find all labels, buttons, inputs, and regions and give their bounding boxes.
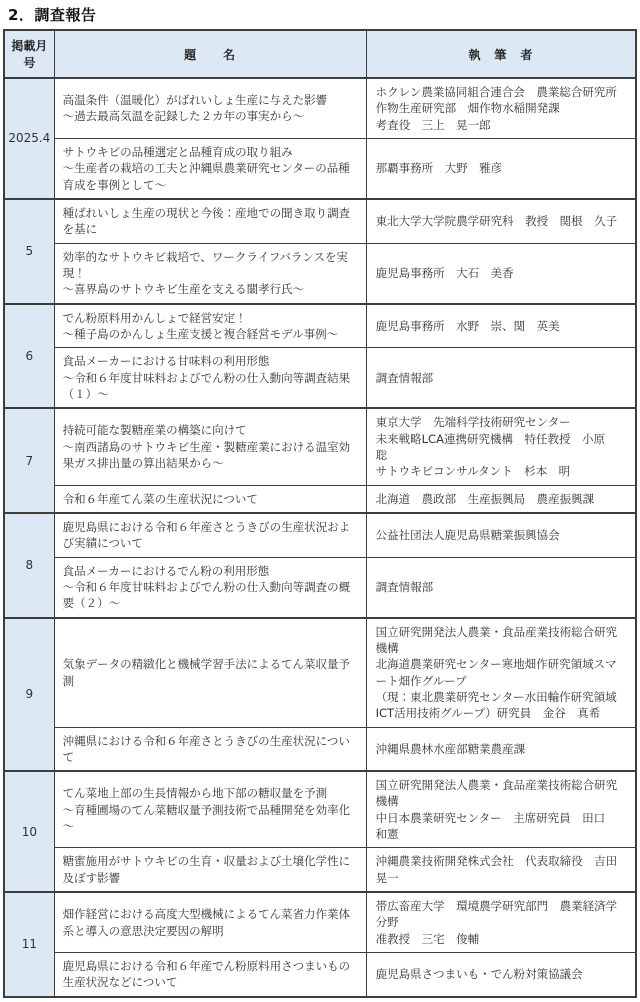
author-line: 中日本農業研究センター 主席研究員 田口 和憲 xyxy=(376,810,626,843)
author-cell: 沖縄農業技術開発株式会社 代表取締役 吉田 晃一 xyxy=(366,848,636,892)
header-row: 掲載月号 題 名 執 筆 者 xyxy=(4,30,636,78)
author-line: 北海道農業研究センター寒地畑作研究領域スマート畑作グループ xyxy=(376,656,626,689)
table-row: 2025.4高温条件（温暖化）がばれいしょ生産に与えた影響～過去最高気温を記録し… xyxy=(4,78,636,138)
title-cell: 鹿児島県における令和６年産さとうきびの生産状況および実績について xyxy=(54,513,366,557)
header-title: 題 名 xyxy=(54,30,366,78)
author-line: 鹿児島事務所 水野 崇、関 英美 xyxy=(376,318,626,334)
author-cell: 帯広畜産大学 環境農学研究部門 農業経済学分野准教授 三宅 俊輔 xyxy=(366,892,636,952)
report-table: 掲載月号 題 名 執 筆 者 2025.4高温条件（温暖化）がばれいしょ生産に与… xyxy=(3,29,637,998)
title-line: ～令和６年度甘味料およびでん粉の仕入動向等調査結果（１）～ xyxy=(63,370,358,403)
author-line: （現：東北農業研究センター水田輪作研究領域ICT活用技術グループ）研究員 金谷 … xyxy=(376,689,626,722)
title-line: 沖縄県における令和６年産さとうきびの生産状況について xyxy=(63,733,358,766)
author-line: 帯広畜産大学 環境農学研究部門 農業経済学分野 xyxy=(376,898,626,931)
author-line: サトウキビコンサルタント 杉本 明 xyxy=(376,463,626,479)
title-line: 持続可能な製糖産業の構築に向けて xyxy=(63,422,358,438)
title-cell: 気象データの精緻化と機械学習手法によるてん菜収量予測 xyxy=(54,618,366,727)
table-row: 沖縄県における令和６年産さとうきびの生産状況について沖縄県農林水産部糖業農産課 xyxy=(4,727,636,771)
title-line: ～南西諸島のサトウキビ生産・製糖産業における温室効果ガス排出量の算出結果から～ xyxy=(63,439,358,472)
title-cell: 食品メーカーにおけるでん粉の利用形態～令和６年度甘味料およびでん粉の仕入動向等調… xyxy=(54,557,366,617)
author-line: 准教授 三宅 俊輔 xyxy=(376,931,626,947)
author-line: 鹿児島県さつまいも・でん粉対策協議会 xyxy=(376,966,626,982)
title-line: ～種子島のかんしょ生産支援と複合経営モデル事例～ xyxy=(63,326,358,342)
author-line: 未来戦略LCA連携研究機構 特任教授 小原 聡 xyxy=(376,431,626,464)
title-line: 高温条件（温暖化）がばれいしょ生産に与えた影響 xyxy=(63,92,358,108)
title-cell: 種ばれいしょ生産の現状と今後：産地での聞き取り調査を基に xyxy=(54,199,366,243)
title-cell: でん粉原料用かんしょで経営安定！～種子島のかんしょ生産支援と複合経営モデル事例～ xyxy=(54,304,366,348)
author-line: ホクレン農業協同組合連合会 農業総合研究所 xyxy=(376,84,626,100)
title-line: ～過去最高気温を記録した２カ年の事実から～ xyxy=(63,108,358,124)
table-row: 効率的なサトウキビ栽培で、ワークライフバランスを実現！～喜界島のサトウキビ生産を… xyxy=(4,243,636,303)
report-table-header: 掲載月号 題 名 執 筆 者 xyxy=(4,30,636,78)
header-month: 掲載月号 xyxy=(4,30,54,78)
author-line: 国立研究開発法人農業・食品産業技術総合研究機構 xyxy=(376,777,626,810)
author-line: 東北大学大学院農学研究科 教授 関根 久子 xyxy=(376,213,626,229)
author-line: 作物生産研究部 畑作物水稲開発課 xyxy=(376,100,626,116)
table-row: 6でん粉原料用かんしょで経営安定！～種子島のかんしょ生産支援と複合経営モデル事例… xyxy=(4,304,636,348)
title-line: 鹿児島県における令和６年産でん粉原料用さつまいもの生産状況などについて xyxy=(63,958,358,991)
title-cell: 沖縄県における令和６年産さとうきびの生産状況について xyxy=(54,727,366,771)
table-row: 鹿児島県における令和６年産でん粉原料用さつまいもの生産状況などについて鹿児島県さ… xyxy=(4,953,636,997)
month-cell: 2025.4 xyxy=(4,78,54,199)
title-line: ～喜界島のサトウキビ生産を支える關孝行氏～ xyxy=(63,281,358,297)
author-line: 沖縄県農林水産部糖業農産課 xyxy=(376,741,626,757)
author-cell: 調査情報部 xyxy=(366,557,636,617)
author-line: 考査役 三上 晃一郎 xyxy=(376,117,626,133)
month-cell: 10 xyxy=(4,771,54,892)
table-row: 8鹿児島県における令和６年産さとうきびの生産状況および実績について公益社団法人鹿… xyxy=(4,513,636,557)
title-line: 気象データの精緻化と機械学習手法によるてん菜収量予測 xyxy=(63,656,358,689)
title-line: サトウキビの品種選定と品種育成の取り組み xyxy=(63,144,358,160)
month-cell: 7 xyxy=(4,408,54,513)
title-line: 令和６年産てん菜の生産状況について xyxy=(63,491,358,507)
author-cell: 沖縄県農林水産部糖業農産課 xyxy=(366,727,636,771)
table-row: 11畑作経営における高度大型機械によるてん菜省力作業体系と導入の意思決定要因の解… xyxy=(4,892,636,952)
author-cell: 国立研究開発法人農業・食品産業技術総合研究機構北海道農業研究センター寒地畑作研究… xyxy=(366,618,636,727)
table-row: 9気象データの精緻化と機械学習手法によるてん菜収量予測国立研究開発法人農業・食品… xyxy=(4,618,636,727)
author-cell: 公益社団法人鹿児島県糖業振興協会 xyxy=(366,513,636,557)
author-line: 調査情報部 xyxy=(376,370,626,386)
header-author: 執 筆 者 xyxy=(366,30,636,78)
month-cell: 8 xyxy=(4,513,54,618)
table-row: 5種ばれいしょ生産の現状と今後：産地での聞き取り調査を基に東北大学大学院農学研究… xyxy=(4,199,636,243)
report-table-body: 2025.4高温条件（温暖化）がばれいしょ生産に与えた影響～過去最高気温を記録し… xyxy=(4,78,636,997)
title-cell: 畑作経営における高度大型機械によるてん菜省力作業体系と導入の意思決定要因の解明 xyxy=(54,892,366,952)
author-line: 鹿児島事務所 大石 美香 xyxy=(376,265,626,281)
author-cell: 鹿児島事務所 大石 美香 xyxy=(366,243,636,303)
author-line: 調査情報部 xyxy=(376,579,626,595)
title-cell: 高温条件（温暖化）がばれいしょ生産に与えた影響～過去最高気温を記録した２カ年の事… xyxy=(54,78,366,138)
title-line: 効率的なサトウキビ栽培で、ワークライフバランスを実現！ xyxy=(63,249,358,282)
author-cell: 鹿児島県さつまいも・でん粉対策協議会 xyxy=(366,953,636,997)
author-cell: 鹿児島事務所 水野 崇、関 英美 xyxy=(366,304,636,348)
author-cell: 那覇事務所 大野 雅彦 xyxy=(366,138,636,198)
title-cell: 鹿児島県における令和６年産でん粉原料用さつまいもの生産状況などについて xyxy=(54,953,366,997)
table-row: サトウキビの品種選定と品種育成の取り組み～生産者の栽培の工夫と沖縄県農業研究セン… xyxy=(4,138,636,198)
title-cell: 糖蜜施用がサトウキビの生育・収量および土壌化学性に及ぼす影響 xyxy=(54,848,366,892)
title-line: 食品メーカーにおけるでん粉の利用形態 xyxy=(63,563,358,579)
title-cell: てん菜地上部の生長情報から地下部の糖収量を予測～育種圃場のてん菜糖収量予測技術で… xyxy=(54,771,366,848)
author-line: 公益社団法人鹿児島県糖業振興協会 xyxy=(376,527,626,543)
survey-report-page: 2．調査報告 掲載月号 題 名 執 筆 者 2025.4高温条件（温暖化）がばれ… xyxy=(0,0,640,1002)
author-cell: 東北大学大学院農学研究科 教授 関根 久子 xyxy=(366,199,636,243)
title-line: 糖蜜施用がサトウキビの生育・収量および土壌化学性に及ぼす影響 xyxy=(63,853,358,886)
title-cell: 効率的なサトウキビ栽培で、ワークライフバランスを実現！～喜界島のサトウキビ生産を… xyxy=(54,243,366,303)
author-line: 北海道 農政部 生産振興局 農産振興課 xyxy=(376,491,626,507)
author-line: 国立研究開発法人農業・食品産業技術総合研究機構 xyxy=(376,624,626,657)
author-cell: 国立研究開発法人農業・食品産業技術総合研究機構中日本農業研究センター 主席研究員… xyxy=(366,771,636,848)
author-cell: 調査情報部 xyxy=(366,348,636,408)
title-line: ～令和６年度甘味料およびでん粉の仕入動向等調査の概要（２）～ xyxy=(63,579,358,612)
title-cell: サトウキビの品種選定と品種育成の取り組み～生産者の栽培の工夫と沖縄県農業研究セン… xyxy=(54,138,366,198)
title-line: ～育種圃場のてん菜糖収量予測技術で品種開発を効率化～ xyxy=(63,802,358,835)
table-row: 令和６年産てん菜の生産状況について北海道 農政部 生産振興局 農産振興課 xyxy=(4,485,636,513)
title-line: 食品メーカーにおける甘味料の利用形態 xyxy=(63,353,358,369)
title-line: てん菜地上部の生長情報から地下部の糖収量を予測 xyxy=(63,785,358,801)
title-line: でん粉原料用かんしょで経営安定！ xyxy=(63,310,358,326)
title-line: 鹿児島県における令和６年産さとうきびの生産状況および実績について xyxy=(63,519,358,552)
month-cell: 6 xyxy=(4,304,54,409)
table-row: 食品メーカーにおけるでん粉の利用形態～令和６年度甘味料およびでん粉の仕入動向等調… xyxy=(4,557,636,617)
author-line: 那覇事務所 大野 雅彦 xyxy=(376,160,626,176)
title-cell: 食品メーカーにおける甘味料の利用形態～令和６年度甘味料およびでん粉の仕入動向等調… xyxy=(54,348,366,408)
table-row: 7持続可能な製糖産業の構築に向けて～南西諸島のサトウキビ生産・製糖産業における温… xyxy=(4,408,636,485)
author-line: 東京大学 先端科学技術研究センター xyxy=(376,414,626,430)
month-cell: 9 xyxy=(4,618,54,772)
title-cell: 令和６年産てん菜の生産状況について xyxy=(54,485,366,513)
month-cell: 11 xyxy=(4,892,54,997)
title-line: 種ばれいしょ生産の現状と今後：産地での聞き取り調査を基に xyxy=(63,205,358,238)
author-line: 沖縄農業技術開発株式会社 代表取締役 吉田 晃一 xyxy=(376,853,626,886)
table-row: 食品メーカーにおける甘味料の利用形態～令和６年度甘味料およびでん粉の仕入動向等調… xyxy=(4,348,636,408)
author-cell: ホクレン農業協同組合連合会 農業総合研究所作物生産研究部 畑作物水稲開発課考査役… xyxy=(366,78,636,138)
title-cell: 持続可能な製糖産業の構築に向けて～南西諸島のサトウキビ生産・製糖産業における温室… xyxy=(54,408,366,485)
month-cell: 5 xyxy=(4,199,54,304)
page-title: 2．調査報告 xyxy=(8,4,640,25)
title-line: 畑作経営における高度大型機械によるてん菜省力作業体系と導入の意思決定要因の解明 xyxy=(63,906,358,939)
table-row: 糖蜜施用がサトウキビの生育・収量および土壌化学性に及ぼす影響沖縄農業技術開発株式… xyxy=(4,848,636,892)
author-cell: 東京大学 先端科学技術研究センター未来戦略LCA連携研究機構 特任教授 小原 聡… xyxy=(366,408,636,485)
author-cell: 北海道 農政部 生産振興局 農産振興課 xyxy=(366,485,636,513)
title-line: ～生産者の栽培の工夫と沖縄県農業研究センターの品種育成を事例として～ xyxy=(63,160,358,193)
